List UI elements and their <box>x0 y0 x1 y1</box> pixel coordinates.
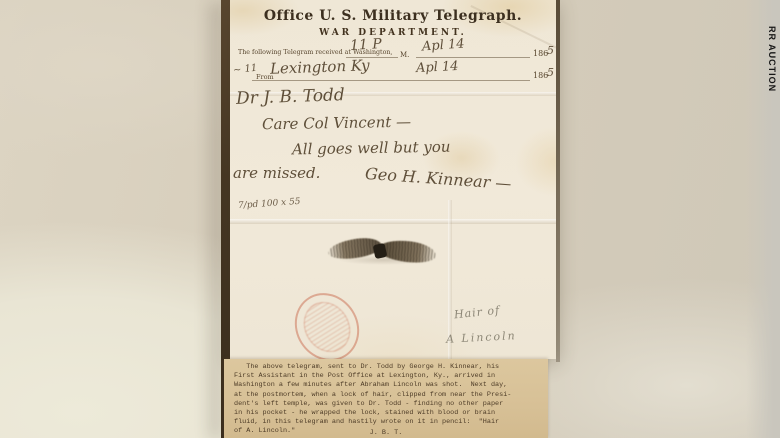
origin-entry: Lexington Ky <box>270 56 370 77</box>
telegram-paper: Office U. S. Military Telegraph. WAR DEP… <box>230 0 556 359</box>
photo-credit: RR AUCTION <box>767 26 777 92</box>
caption-text: The above telegram, sent to Dr. Todd by … <box>234 363 542 437</box>
clerk-tally-note: 7/pd 100 x 55 <box>238 197 301 211</box>
form-year-printed: 186 <box>533 49 548 58</box>
care-of-line: Care Col Vincent — <box>262 113 411 134</box>
form-rule <box>252 80 530 81</box>
form-meridian-label: M. <box>400 51 409 59</box>
lock-of-hair <box>328 233 440 267</box>
word-count-note: ~ 11 <box>232 63 257 76</box>
origin-year-printed: 186 <box>533 71 548 80</box>
form-date-entry: Apl 14 <box>422 37 465 55</box>
message-line-1: All goes well but you <box>292 138 451 159</box>
form-time-entry: 11 P <box>350 36 382 54</box>
origin-year-digit: 5 <box>547 66 554 79</box>
masthead: Office U. S. Military Telegraph. WAR DEP… <box>230 8 556 38</box>
caption-initials: J. B. T. <box>224 429 548 437</box>
recipient-line: Dr J. B. Todd <box>236 85 345 109</box>
pencil-note-a-lincoln: A Lincoln <box>446 329 517 346</box>
document-right-edge <box>556 0 560 362</box>
form-year-digit: 5 <box>547 44 554 57</box>
typed-caption-strip: The above telegram, sent to Dr. Todd by … <box>224 359 548 438</box>
hair-knot <box>373 243 388 259</box>
news-photo: RR AUCTION Office U. S. Military Telegra… <box>0 0 780 438</box>
origin-date-entry: Apl 14 <box>416 59 459 76</box>
pencil-note-hair-of: Hair of <box>453 304 500 322</box>
masthead-war-department: WAR DEPARTMENT. <box>230 28 556 38</box>
fold-crease <box>230 219 556 224</box>
message-line-2: are missed. <box>233 164 320 182</box>
form-rule <box>416 57 530 58</box>
sender-signature: Geo H. Kinnear — <box>365 164 512 193</box>
masthead-office-line: Office U. S. Military Telegraph. <box>230 8 556 24</box>
stamp-inner-marks <box>295 293 360 360</box>
